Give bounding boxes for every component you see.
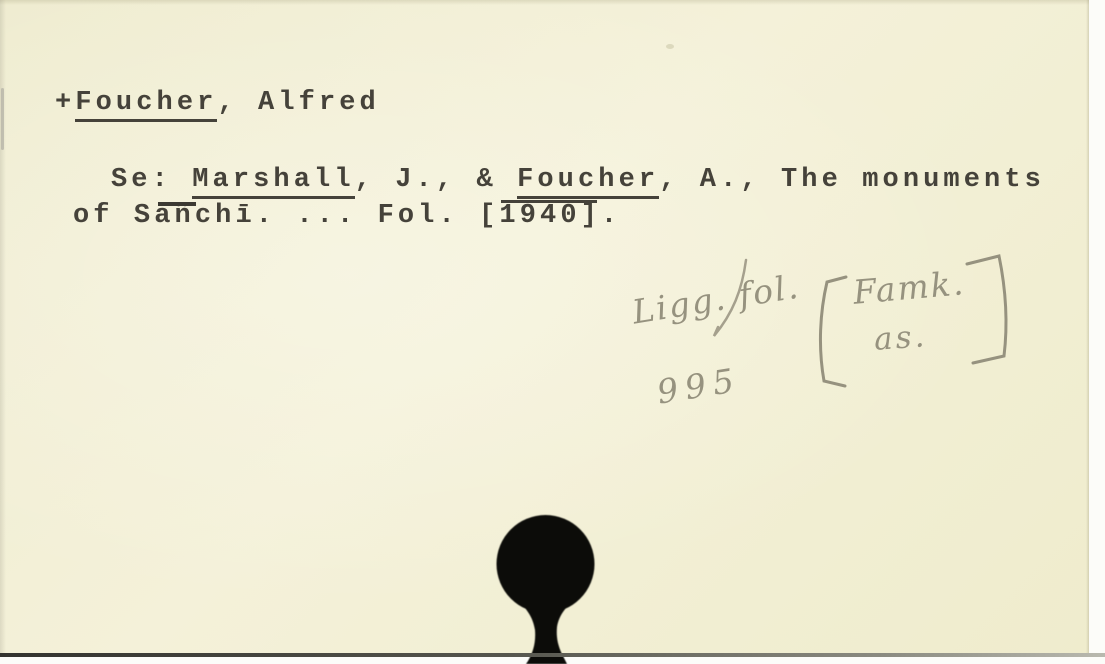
punch-hole-circle [497, 515, 595, 613]
punch-hole-icon [0, 0, 1105, 664]
scanned-card-photo: +Foucher, Alfred Se: Marshall, J., & Fou… [0, 0, 1105, 664]
card-bottom-edge-line [0, 653, 1105, 657]
